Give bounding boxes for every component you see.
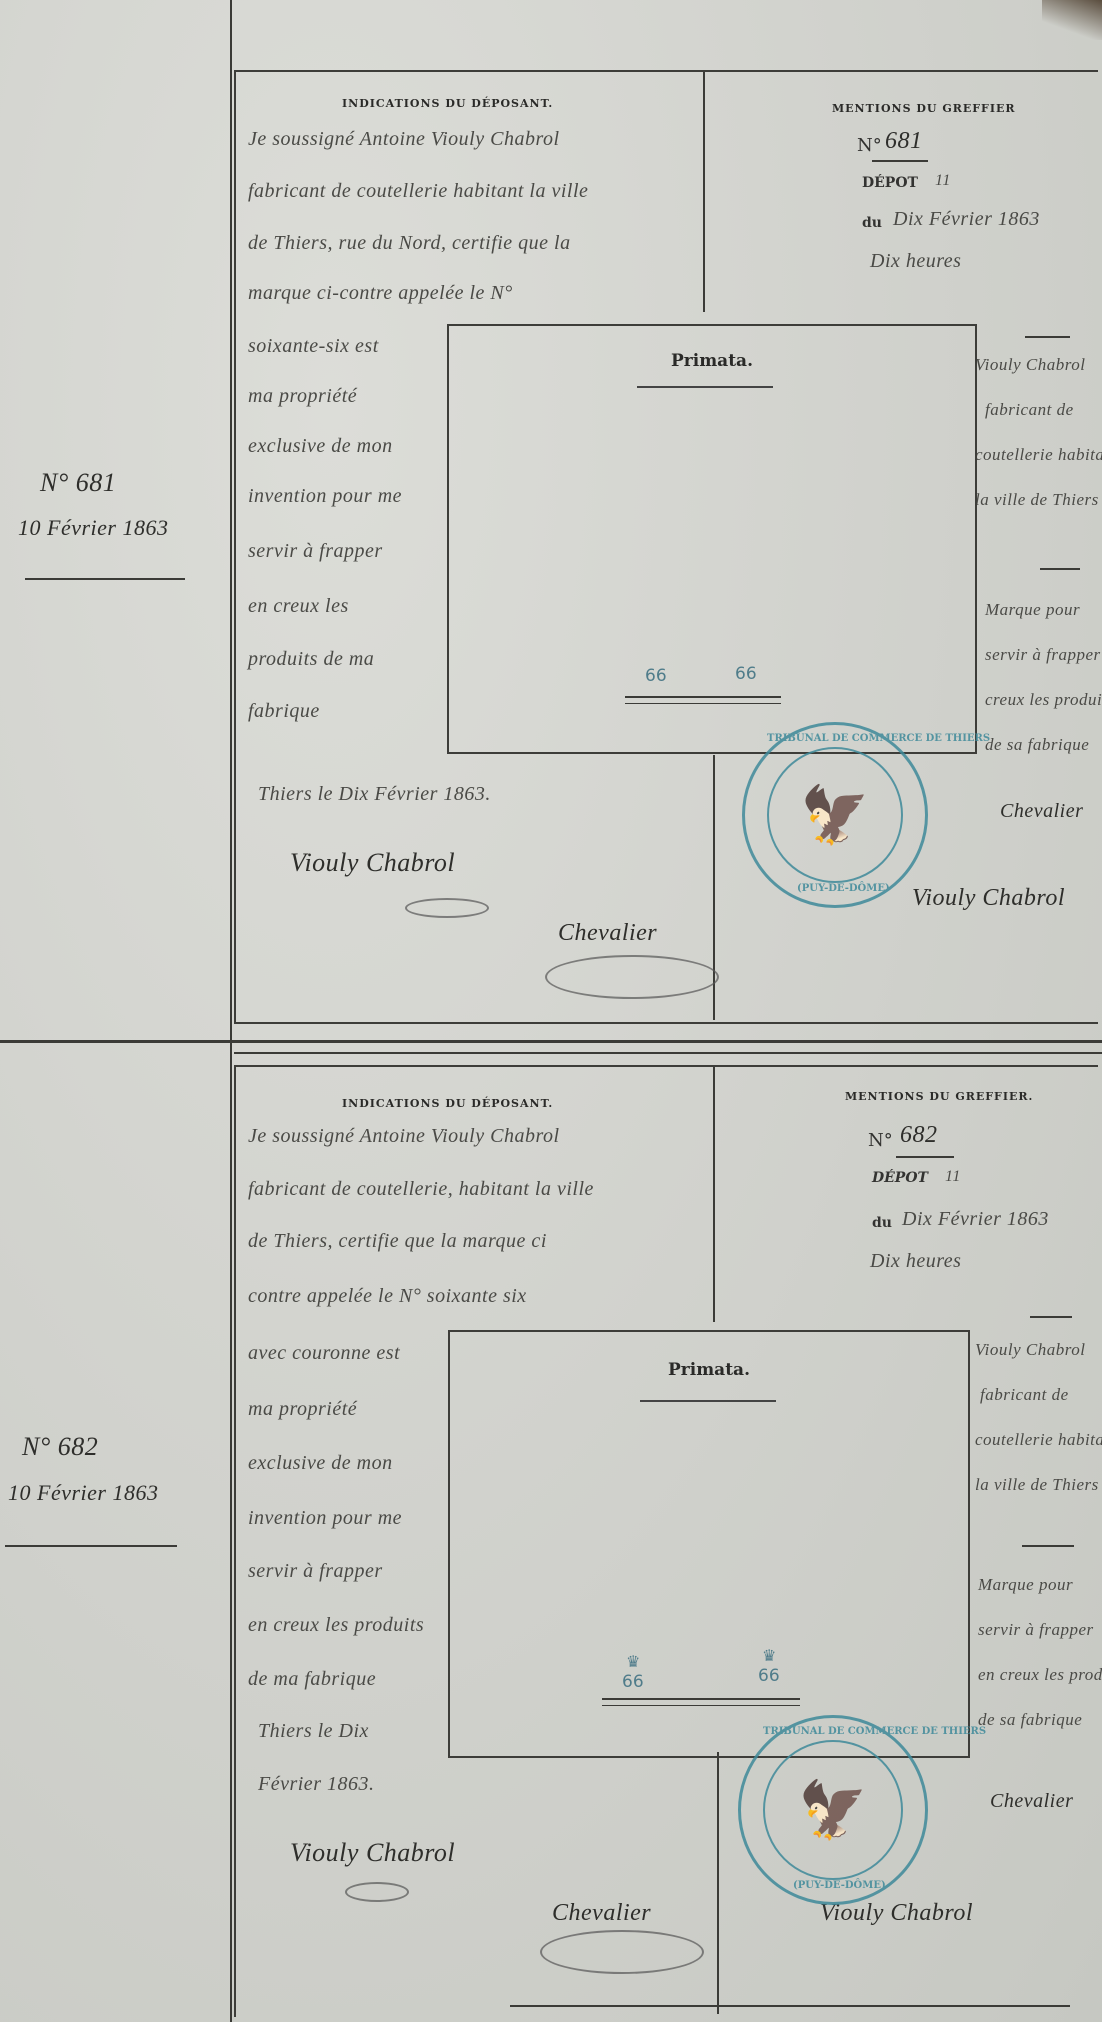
margin-rule [230, 0, 232, 2022]
date-label: du [872, 1215, 892, 1231]
margin-note-number: N° 682 [22, 1432, 98, 1462]
side-rule [1022, 1545, 1074, 1547]
depositor-line: fabricant de coutellerie, habitant la vi… [248, 1178, 594, 1201]
mark-box: Primata. 66 66 [447, 324, 977, 754]
mark-number-right: 66 [735, 664, 757, 684]
depositor-line: soixante-six est [248, 335, 379, 358]
depositor-line: exclusive de mon [248, 1452, 393, 1475]
number-underline [896, 1156, 954, 1158]
depositor-header: INDICATIONS DU DÉPOSANT. [342, 1097, 553, 1110]
depositor-line: exclusive de mon [248, 435, 393, 458]
signature-flourish [405, 898, 489, 918]
signature-flourish [345, 1882, 409, 1902]
depositor-line: servir à frapper [248, 540, 383, 563]
number-label: N° [857, 135, 882, 156]
depositor-line: de Thiers, certifie que la marque ci [248, 1230, 547, 1253]
side-clerk-signature: Chevalier [1000, 800, 1083, 823]
imperial-eagle-icon: 🦅 [800, 782, 870, 848]
side-note: fabricant de [980, 1385, 1069, 1405]
margin-note-rule [25, 578, 185, 580]
bottom-rule [510, 2005, 1070, 2007]
depositor-line: invention pour me [248, 485, 402, 508]
tribunal-stamp: 🦅 TRIBUNAL DE COMMERCE DE THIERS (PUY-DE… [742, 722, 928, 908]
date-value: Dix Février 1863 [902, 1208, 1049, 1231]
mark-title-rule [637, 386, 773, 388]
number-underline [872, 160, 928, 162]
depositor-line: Je soussigné Antoine Viouly Chabrol [248, 128, 560, 151]
mark-double-rule [602, 1698, 800, 1706]
depositor-line: fabrique [248, 700, 320, 723]
stamp-bottom-text: (PUY-DE-DÔME) [793, 1880, 886, 1891]
mark-number-right: 66 [758, 1666, 780, 1686]
depositor-signature: Viouly Chabrol [290, 848, 455, 878]
imperial-eagle-icon: 🦅 [798, 1777, 868, 1843]
side-note: Marque pour [985, 600, 1080, 620]
clerk-header: MENTIONS DU GREFFIER [832, 102, 1016, 115]
side-rule [1025, 336, 1070, 338]
side-note: la ville de Thiers [975, 490, 1099, 510]
side-note: Marque pour [978, 1575, 1073, 1595]
number-value: 682 [900, 1122, 938, 1149]
side-note: de sa fabrique [985, 735, 1089, 755]
side-note: Viouly Chabrol [975, 1340, 1085, 1360]
page-corner-shadow [1042, 0, 1102, 40]
column-divider-lower [717, 1752, 719, 2014]
depositor-line: invention pour me [248, 1507, 402, 1530]
mark-title: Primata. [449, 351, 975, 371]
depositor-line: avec couronne est [248, 1342, 400, 1365]
date-label: du [862, 215, 882, 231]
side-depositor-signature: Viouly Chabrol [912, 885, 1065, 912]
clerk-flourish [540, 1930, 704, 1974]
tribunal-stamp: 🦅 TRIBUNAL DE COMMERCE DE THIERS (PUY-DE… [738, 1715, 928, 1905]
column-divider [703, 72, 705, 312]
depositor-line: de ma fabrique [248, 1668, 376, 1691]
depositor-line: Je soussigné Antoine Viouly Chabrol [248, 1125, 560, 1148]
depositor-line: marque ci-contre appelée le N° [248, 282, 513, 305]
side-note: servir à frapper [985, 645, 1101, 665]
number-value: 681 [885, 128, 923, 155]
stamp-bottom-text: (PUY-DE-DÔME) [797, 883, 890, 894]
depositor-line: en creux les [248, 595, 349, 618]
mark-number-left: 66 [645, 666, 667, 686]
time-value: Dix heures [870, 1250, 961, 1273]
entry-separator-thin [234, 1052, 1102, 1054]
depositor-line: Thiers le Dix [258, 1720, 369, 1743]
depositor-signature: Viouly Chabrol [290, 1838, 455, 1868]
depot-label: DÉPOT [872, 1170, 928, 1186]
depositor-line: servir à frapper [248, 1560, 383, 1583]
depot-label: DÉPOT [862, 175, 918, 191]
depot-value: 11 [935, 172, 951, 190]
entry-separator [0, 1040, 1102, 1043]
mark-box: Primata. ♛ 66 ♛ 66 [448, 1330, 970, 1758]
mark-title-rule [640, 1400, 776, 1402]
crown-icon: ♛ [762, 1646, 776, 1666]
depositor-line: fabricant de coutellerie habitant la vil… [248, 180, 588, 203]
side-rule [1030, 1316, 1072, 1318]
depositor-line: ma propriété [248, 1398, 357, 1421]
margin-note-number: N° 681 [40, 468, 116, 498]
depositor-line: ma propriété [248, 385, 357, 408]
side-note: fabricant de [985, 400, 1074, 420]
clerk-signature: Chevalier [552, 1900, 651, 1927]
stamp-top-text: TRIBUNAL DE COMMERCE DE THIERS [763, 1726, 986, 1737]
side-rule [1040, 568, 1080, 570]
side-note: coutellerie habitant [975, 445, 1102, 465]
date-value: Dix Février 1863 [893, 208, 1040, 231]
clerk-flourish [545, 955, 719, 999]
side-note: creux les produits [985, 690, 1102, 710]
depositor-line: contre appelée le N° soixante six [248, 1285, 527, 1308]
crown-icon: ♛ [626, 1652, 640, 1672]
depositor-place-date: Thiers le Dix Février 1863. [258, 783, 491, 806]
side-note: la ville de Thiers [975, 1475, 1099, 1495]
side-clerk-signature: Chevalier [990, 1790, 1073, 1813]
depositor-header: INDICATIONS DU DÉPOSANT. [342, 97, 553, 110]
clerk-header: MENTIONS DU GREFFIER. [845, 1090, 1033, 1103]
clerk-signature: Chevalier [558, 920, 657, 947]
depositor-line: en creux les produits [248, 1614, 424, 1637]
side-note: de sa fabrique [978, 1710, 1082, 1730]
register-page: N° 681 10 Février 1863 INDICATIONS DU DÉ… [0, 0, 1102, 2022]
depositor-line: de Thiers, rue du Nord, certifie que la [248, 232, 571, 255]
mark-number-left: 66 [622, 1672, 644, 1692]
side-note: Viouly Chabrol [975, 355, 1085, 375]
column-divider [713, 1067, 715, 1322]
depositor-line: produits de ma [248, 648, 374, 671]
time-value: Dix heures [870, 250, 961, 273]
margin-note-date: 10 Février 1863 [8, 1480, 158, 1506]
depot-value: 11 [945, 1168, 961, 1186]
depositor-place-date: Février 1863. [258, 1773, 374, 1796]
stamp-top-text: TRIBUNAL DE COMMERCE DE THIERS [767, 733, 990, 744]
side-note: servir à frapper [978, 1620, 1094, 1640]
mark-double-rule [625, 696, 781, 704]
side-note: en creux les produits [978, 1665, 1102, 1685]
margin-note-date: 10 Février 1863 [18, 515, 168, 541]
margin-note-rule [5, 1545, 177, 1547]
mark-title: Primata. [450, 1360, 968, 1380]
side-note: coutellerie habitant [975, 1430, 1102, 1450]
number-label: N° [868, 1130, 893, 1151]
